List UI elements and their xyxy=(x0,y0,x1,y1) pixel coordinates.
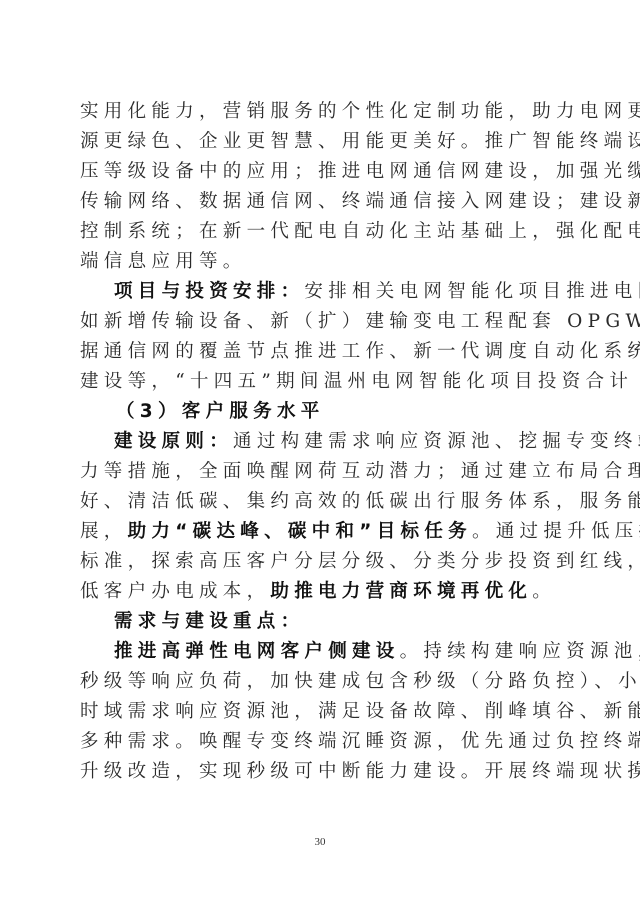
emphasis-bold: 助推电力营商环境再优化 xyxy=(270,581,532,602)
text-line: 控制系统；在新一代配电自动化主站基础上，强化配电自动化终 xyxy=(80,217,562,247)
text-line: 力等措施，全面唤醒网荷互动潜力；通过建立布局合理、生态友 xyxy=(80,457,562,487)
paragraph-lead-bold: 建设原则： xyxy=(114,431,233,452)
text-line: 标准，探索高压客户分层分级、分类分步投资到红线，进一步降 xyxy=(80,547,562,577)
text-run: 展， xyxy=(80,521,128,542)
text-line: 传输网络、数据通信网、终端通信接入网建设；建设新一代调度 xyxy=(80,187,562,217)
text-run: 端信息应用等。 xyxy=(80,251,247,272)
text-run: 标准，探索高压客户分层分级、分类分步投资到红线，进一步降 xyxy=(80,551,640,572)
text-line: 低客户办电成本，助推电力营商环境再优化。 xyxy=(80,577,562,607)
text-run: 据通信网的覆盖节点推进工作、新一代调度自动化系统支撑平台 xyxy=(80,341,640,362)
text-line: 项目与投资安排：安排相关电网智能化项目推进电网智能化， xyxy=(80,277,562,307)
text-run: 。持续构建响应资源池，接入毫 xyxy=(400,641,640,662)
text-run: 低客户办电成本， xyxy=(80,581,270,602)
text-run: 升级改造，实现秒级可中断能力建设。开展终端现状摸排和分路 xyxy=(80,761,640,782)
subheading: 需求与建设重点： xyxy=(80,607,562,637)
text-run: 。通过提升低压接电容量 xyxy=(472,521,640,542)
document-page: 实用化能力，营销服务的个性化定制功能，助力电网更智能、能 源更绿色、企业更智慧、… xyxy=(0,0,640,905)
paragraph-lead-bold: 推进高弹性电网客户侧建设 xyxy=(114,641,400,662)
text-line: 推进高弹性电网客户侧建设。持续构建响应资源池，接入毫 xyxy=(80,637,562,667)
text-run: 建设等，“十四五”期间温州电网智能化项目投资合计 0.71 亿元。 xyxy=(80,371,640,392)
text-line: 压等级设备中的应用；推进电网通信网建设，加强光缆网架、光 xyxy=(80,157,562,187)
text-run: 控制系统；在新一代配电自动化主站基础上，强化配电自动化终 xyxy=(80,221,640,242)
text-run: 压等级设备中的应用；推进电网通信网建设，加强光缆网架、光 xyxy=(80,161,640,182)
paragraph-lead-bold: 项目与投资安排： xyxy=(114,281,304,302)
text-line: 展，助力“碳达峰、碳中和”目标任务。通过提升低压接电容量 xyxy=(80,517,562,547)
page-number: 30 xyxy=(0,836,640,848)
text-line: 据通信网的覆盖节点推进工作、新一代调度自动化系统支撑平台 xyxy=(80,337,562,367)
section-heading: （3）客户服务水平 xyxy=(80,397,562,427)
subheading-text: 需求与建设重点： xyxy=(114,611,304,632)
document-body: 实用化能力，营销服务的个性化定制功能，助力电网更智能、能 源更绿色、企业更智慧、… xyxy=(80,97,562,787)
text-line: 建设等，“十四五”期间温州电网智能化项目投资合计 0.71 亿元。 xyxy=(80,367,562,397)
text-line: 实用化能力，营销服务的个性化定制功能，助力电网更智能、能 xyxy=(80,97,562,127)
text-line: 时域需求响应资源池，满足设备故障、削峰填谷、新能源消纳等 xyxy=(80,697,562,727)
text-line: 源更绿色、企业更智慧、用能更美好。推广智能终端设备在全电 xyxy=(80,127,562,157)
text-line: 多种需求。唤醒专变终端沉睡资源，优先通过负控终端优化调试、 xyxy=(80,727,562,757)
text-run: 如新增传输设备、新（扩）建输变电工程配套 OPGW 光缆立项、数 xyxy=(80,311,640,332)
text-run: 传输网络、数据通信网、终端通信接入网建设；建设新一代调度 xyxy=(80,191,640,212)
text-run: 通过构建需求响应资源池、挖掘专变终端响应潜 xyxy=(233,431,640,452)
text-line: 建设原则：通过构建需求响应资源池、挖掘专变终端响应潜 xyxy=(80,427,562,457)
text-line: 好、清洁低碳、集约高效的低碳出行服务体系，服务能源绿色发 xyxy=(80,487,562,517)
text-run: 力等措施，全面唤醒网荷互动潜力；通过建立布局合理、生态友 xyxy=(80,461,640,482)
text-run: 安排相关电网智能化项目推进电网智能化， xyxy=(304,281,640,302)
text-line: 秒级等响应负荷，加快建成包含秒级（分路负控）、小时级等全 xyxy=(80,667,562,697)
text-line: 端信息应用等。 xyxy=(80,247,562,277)
text-run: 多种需求。唤醒专变终端沉睡资源，优先通过负控终端优化调试、 xyxy=(80,731,640,752)
text-line: 升级改造，实现秒级可中断能力建设。开展终端现状摸排和分路 xyxy=(80,757,562,787)
emphasis-bold: 助力“碳达峰、碳中和”目标任务 xyxy=(128,521,472,542)
text-run: 。 xyxy=(532,581,556,602)
text-run: 秒级等响应负荷，加快建成包含秒级（分路负控）、小时级等全 xyxy=(80,671,640,692)
text-run: 好、清洁低碳、集约高效的低碳出行服务体系，服务能源绿色发 xyxy=(80,491,640,512)
text-run: 实用化能力，营销服务的个性化定制功能，助力电网更智能、能 xyxy=(80,101,640,122)
text-line: 如新增传输设备、新（扩）建输变电工程配套 OPGW 光缆立项、数 xyxy=(80,307,562,337)
section-heading-text: （3）客户服务水平 xyxy=(116,401,325,422)
text-run: 时域需求响应资源池，满足设备故障、削峰填谷、新能源消纳等 xyxy=(80,701,640,722)
text-run: 源更绿色、企业更智慧、用能更美好。推广智能终端设备在全电 xyxy=(80,131,640,152)
